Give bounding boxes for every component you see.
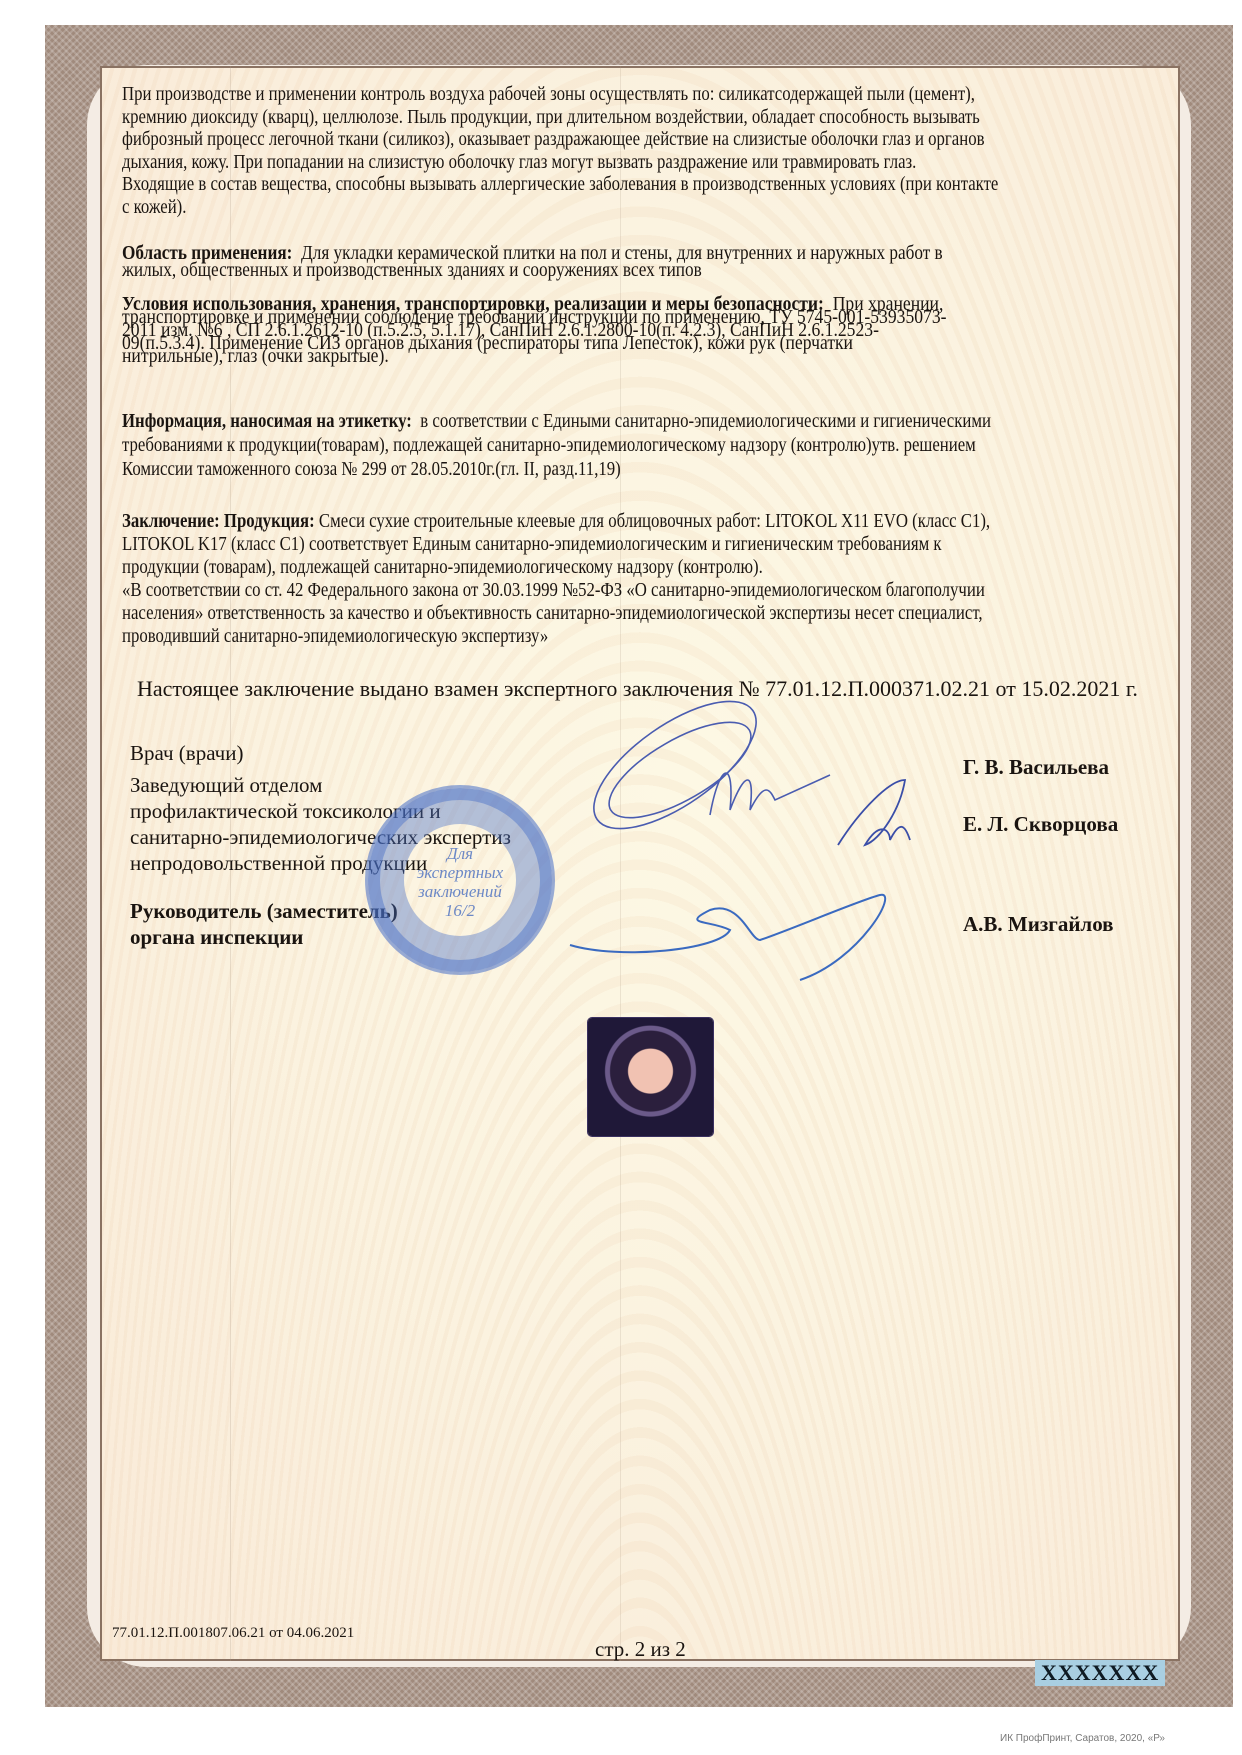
hygiene-paragraph: При производстве и применении контроль в… (122, 84, 1180, 219)
scope-text: жилых, общественных и производственных з… (122, 262, 1128, 279)
stamp-text: заключений (368, 882, 552, 901)
signature-skvortsova (838, 780, 910, 845)
signature-vasilyeva (574, 700, 830, 852)
text-line: с кожей). (122, 197, 1128, 220)
conclusion-text: LITOKOL K17 (класс C1) соответствует Еди… (122, 533, 1128, 556)
stamp-text: 16/2 (368, 901, 552, 920)
conclusion-section: Заключение: Продукция: Смеси сухие строи… (122, 510, 1180, 648)
conditions-section: Условия использования, хранения, транспо… (122, 298, 1180, 363)
signatures-ink (560, 700, 960, 1000)
printer-imprint: ИК ПрофПринт, Саратов, 2020, «Р» (1000, 1733, 1165, 1744)
signer-name: А.В. Мизгайлов (963, 912, 1114, 937)
label-info-text: Комиссии таможенного союза № 299 от 28.0… (122, 458, 1128, 482)
signer-name: Е. Л. Скворцова (963, 812, 1118, 837)
blank-serial-number: XXXXXXX (1035, 1660, 1165, 1686)
label-info-section: Информация, наносимая на этикетку: в соо… (122, 410, 1180, 482)
hologram-seal (588, 1018, 713, 1136)
title-line: Руководитель (заместитель) (130, 898, 398, 924)
text-line: кремнию диоксиду (кварц), целлюлозе. Пыл… (122, 107, 1128, 130)
replacement-note: Настоящее заключение выдано взамен экспе… (137, 678, 1180, 700)
stamp-text: экспертных (368, 863, 552, 882)
label-info-text: в соответствии с Едиными санитарно-эпиде… (420, 411, 991, 432)
round-stamp: Для экспертных заключений 16/2 (365, 785, 555, 975)
director-title: Руководитель (заместитель) органа инспек… (130, 898, 398, 950)
label-info-text: требованиями к продукции(товарам), подле… (122, 434, 1128, 458)
text-line: дыхания, кожу. При попадании на слизисту… (122, 152, 1128, 175)
signer-name: Г. В. Васильева (963, 755, 1109, 780)
conclusion-text: Смеси сухие строительные клеевые для обл… (319, 511, 990, 532)
conclusion-text: проводивший санитарно-эпидемиологическую… (122, 625, 1128, 648)
scope-section: Область применения: Для укладки керамиче… (122, 245, 1180, 279)
conclusion-text: продукции (товарам), подлежащей санитарн… (122, 556, 1128, 579)
document-number: 77.01.12.П.001807.06.21 от 04.06.2021 (112, 1625, 354, 1642)
page-indicator: стр. 2 из 2 (595, 1637, 686, 1662)
conclusion-text: «В соответствии со ст. 42 Федерального з… (122, 579, 1128, 602)
text-line: фиброзный процесс легочной ткани (силико… (122, 129, 1128, 152)
signature-mizgailov (570, 895, 885, 980)
title-line: органа инспекции (130, 924, 398, 950)
text-line: При производстве и применении контроль в… (122, 84, 1128, 107)
stamp-text: Для (368, 844, 552, 863)
conclusion-text: населения» ответственность за качество и… (122, 602, 1128, 625)
label-info-label: Информация, наносимая на этикетку: (122, 411, 412, 432)
conclusion-label: Заключение: Продукция: (122, 511, 315, 532)
text-line: Входящие в состав вещества, способны выз… (122, 174, 1128, 197)
doctor-label: Врач (врачи) (130, 740, 243, 766)
